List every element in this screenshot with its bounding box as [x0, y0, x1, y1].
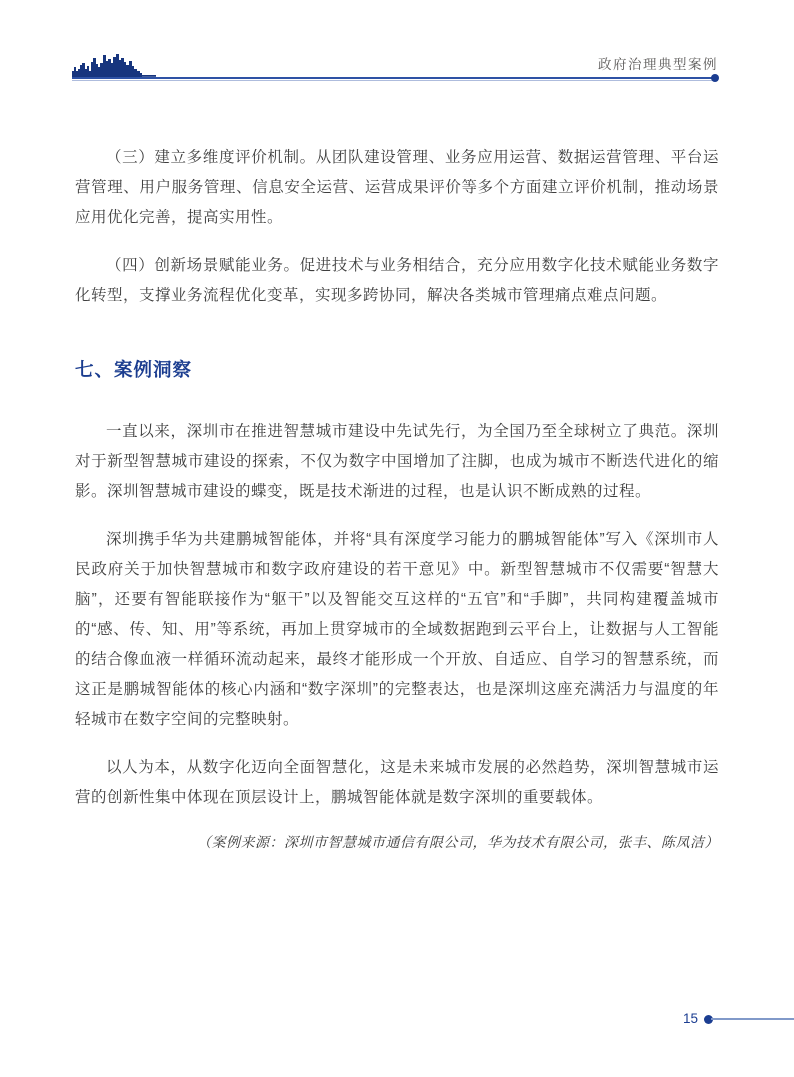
case-source-note: （案例来源：深圳市智慧城市通信有限公司，华为技术有限公司，张丰、陈凤洁）: [75, 831, 719, 855]
header-rule-shadow: [72, 80, 718, 81]
paragraph-item-4: （四）创新场景赋能业务。促进技术与业务相结合，充分应用数字化技术赋能业务数字化转…: [75, 251, 719, 311]
footer-rule: [711, 1018, 794, 1020]
paragraph-item-3: （三）建立多维度评价机制。从团队建设管理、业务应用运营、数据运营管理、平台运营管…: [75, 143, 719, 233]
header-rule-end-dot: [711, 74, 719, 82]
document-page: 政府治理典型案例 （三）建立多维度评价机制。从团队建设管理、业务应用运营、数据运…: [0, 0, 794, 1077]
header-rule: [72, 77, 718, 79]
insight-paragraph-2: 深圳携手华为共建鹏城智能体，并将“具有深度学习能力的鹏城智能体”写入《深圳市人民…: [75, 525, 719, 735]
header-running-title: 政府治理典型案例: [598, 53, 718, 73]
insight-paragraph-1: 一直以来，深圳市在推进智慧城市建设中先试先行，为全国乃至全球树立了典范。深圳对于…: [75, 417, 719, 507]
insight-paragraph-3: 以人为本，从数字化迈向全面智慧化，这是未来城市发展的必然趋势，深圳智慧城市运营的…: [75, 753, 719, 813]
section-heading: 七、案例洞察: [75, 357, 719, 383]
city-skyline-icon: [72, 50, 156, 80]
document-body: （三）建立多维度评价机制。从团队建设管理、业务应用运营、数据运营管理、平台运营管…: [75, 143, 719, 873]
page-number: 15: [676, 1011, 698, 1026]
